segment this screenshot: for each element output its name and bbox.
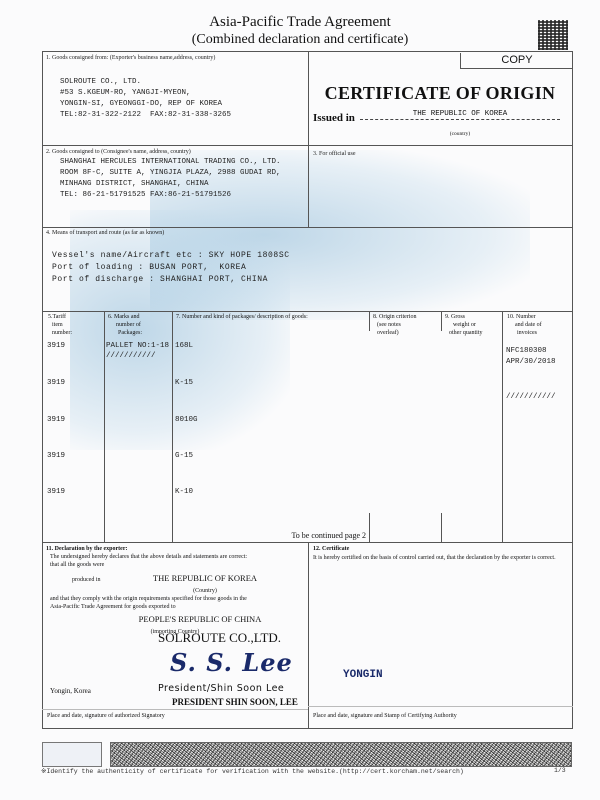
signer-title: President/Shin Soon Lee — [158, 683, 284, 694]
description-cell: 8010G — [175, 415, 198, 426]
divider — [42, 311, 573, 312]
company-stamp: SOLROUTE CO.,LTD. — [158, 630, 281, 646]
port-of-discharge: Port of discharge : SHANGHAI PORT, CHINA — [52, 274, 268, 285]
document-subtitle: (Combined declaration and certificate) — [0, 32, 600, 48]
description-cell: 168L — [175, 341, 193, 352]
invoice-filler: /////////// — [506, 392, 556, 403]
description-cell: G-15 — [175, 451, 193, 462]
produced-in-value: THE REPUBLIC OF KOREA — [130, 573, 280, 583]
box4-label: 4. Means of transport and route (as far … — [46, 229, 164, 237]
signer-name: PRESIDENT SHIN SOON, LEE — [172, 697, 298, 707]
description-header: 7. Number and kind of packages/ descript… — [176, 313, 308, 321]
divider — [42, 709, 308, 710]
gross-weight-header: 9. Gross weight or other quantity — [445, 313, 483, 337]
invoice-number: NFC180308 — [506, 346, 547, 357]
certificate-title: CERTIFICATE OF ORIGIN — [308, 83, 572, 104]
consignee-address-2: MINHANG DISTRICT, SHANGHAI, CHINA — [60, 179, 209, 190]
exporter-name: SOLROUTE CO., LTD. — [60, 77, 141, 88]
divider — [308, 706, 573, 707]
vessel-name: Vessel's name/Aircraft etc : SKY HOPE 18… — [52, 250, 290, 261]
produced-in-label: produced in — [72, 576, 101, 584]
country-caption: (country) — [360, 131, 560, 137]
divider — [502, 311, 503, 542]
origin-criterion-header: 8. Origin criterion (see notes overleaf) — [373, 313, 417, 337]
divider — [308, 51, 309, 228]
tariff-cell: 3919 — [47, 487, 65, 498]
declaration-text-3: and that they comply with the origin req… — [50, 595, 247, 603]
box3-label: 3. For official use — [313, 150, 356, 158]
description-cell: K-10 — [175, 487, 193, 498]
divider — [369, 513, 370, 542]
exporter-contact: TEL:82-31-322-2122 FAX:82-31-338-3265 — [60, 110, 231, 121]
certifying-place: YONGIN — [343, 669, 383, 681]
declaration-text-4: Asia-Pacific Trade Agreement for goods e… — [50, 603, 176, 611]
exporter-address-2: YONGIN-SI, GYEONGGI-DO, REP OF KOREA — [60, 99, 222, 110]
description-cell: K-15 — [175, 378, 193, 389]
invoice-date: APR/30/2018 — [506, 357, 556, 368]
port-of-loading: Port of loading : BUSAN PORT, KOREA — [52, 262, 246, 273]
verification-note: ※Identify the authenticity of certificat… — [41, 767, 464, 775]
copy-badge: COPY — [460, 53, 573, 69]
declaration-text-2: that all the goods were — [50, 561, 104, 569]
divider — [369, 311, 370, 331]
issued-in-line — [360, 119, 560, 120]
invoices-header: 10. Number and date of invoices — [507, 313, 542, 337]
box2-label: 2. Goods consigned to (Consignee's name,… — [46, 148, 191, 156]
box11-label: 11. Declaration by the exporter: — [46, 545, 127, 553]
divider — [42, 227, 573, 228]
consignee-address-1: ROOM 8F-C, SUITE A, YINGJIA PLAZA, 2988 … — [60, 168, 281, 179]
security-barcode — [110, 742, 572, 767]
certificate-page: Asia-Pacific Trade Agreement (Combined d… — [0, 0, 600, 800]
consignee-name: SHANGHAI HERCULES INTERNATIONAL TRADING … — [60, 157, 281, 168]
box12-footer: Place and date, signature and Stamp of C… — [313, 712, 457, 720]
tariff-cell: 3919 — [47, 451, 65, 462]
continued-note: To be continued page 2 — [270, 531, 366, 540]
declaration-text-1: The undersigned hereby declares that the… — [50, 553, 247, 561]
page-number: 1/3 — [554, 767, 566, 774]
signature: S. S. Lee — [170, 648, 293, 677]
document-title: Asia-Pacific Trade Agreement — [0, 14, 600, 31]
tariff-cell: 3919 — [47, 378, 65, 389]
divider — [172, 311, 173, 542]
box11-footer: Place and date, signature of authorized … — [47, 712, 165, 720]
box12-label: 12. Certificate — [313, 545, 349, 553]
issued-in-value: THE REPUBLIC OF KOREA — [360, 110, 560, 118]
divider — [308, 542, 309, 729]
tariff-cell: 3919 — [47, 341, 65, 352]
country-caption: (Country) — [130, 587, 280, 595]
qr-code-icon — [538, 20, 568, 50]
tariff-header: 5.Tariff item number: — [48, 313, 72, 337]
security-box — [42, 742, 102, 767]
consignee-contact: TEL: 86-21-51791525 FAX:86-21-51791526 — [60, 190, 231, 201]
declaration-place: Yongin, Korea — [50, 687, 91, 695]
exporter-address-1: #53 S.KGEUM-RO, YANGJI-MYEON, — [60, 88, 191, 99]
importing-country-value: PEOPLE'S REPUBLIC OF CHINA — [100, 614, 300, 624]
divider — [441, 311, 442, 331]
marks-cell: /////////// — [106, 351, 156, 362]
divider — [42, 145, 573, 146]
certificate-text: It is hereby certified on the basis of c… — [313, 554, 568, 562]
box1-label: 1. Goods consigned from: (Exporter's bus… — [46, 54, 215, 62]
divider — [441, 513, 442, 542]
marks-header: 6. Marks and number of Packages: — [108, 313, 142, 337]
issued-in-label: Issued in — [313, 112, 355, 124]
tariff-cell: 3919 — [47, 415, 65, 426]
divider — [104, 311, 105, 542]
